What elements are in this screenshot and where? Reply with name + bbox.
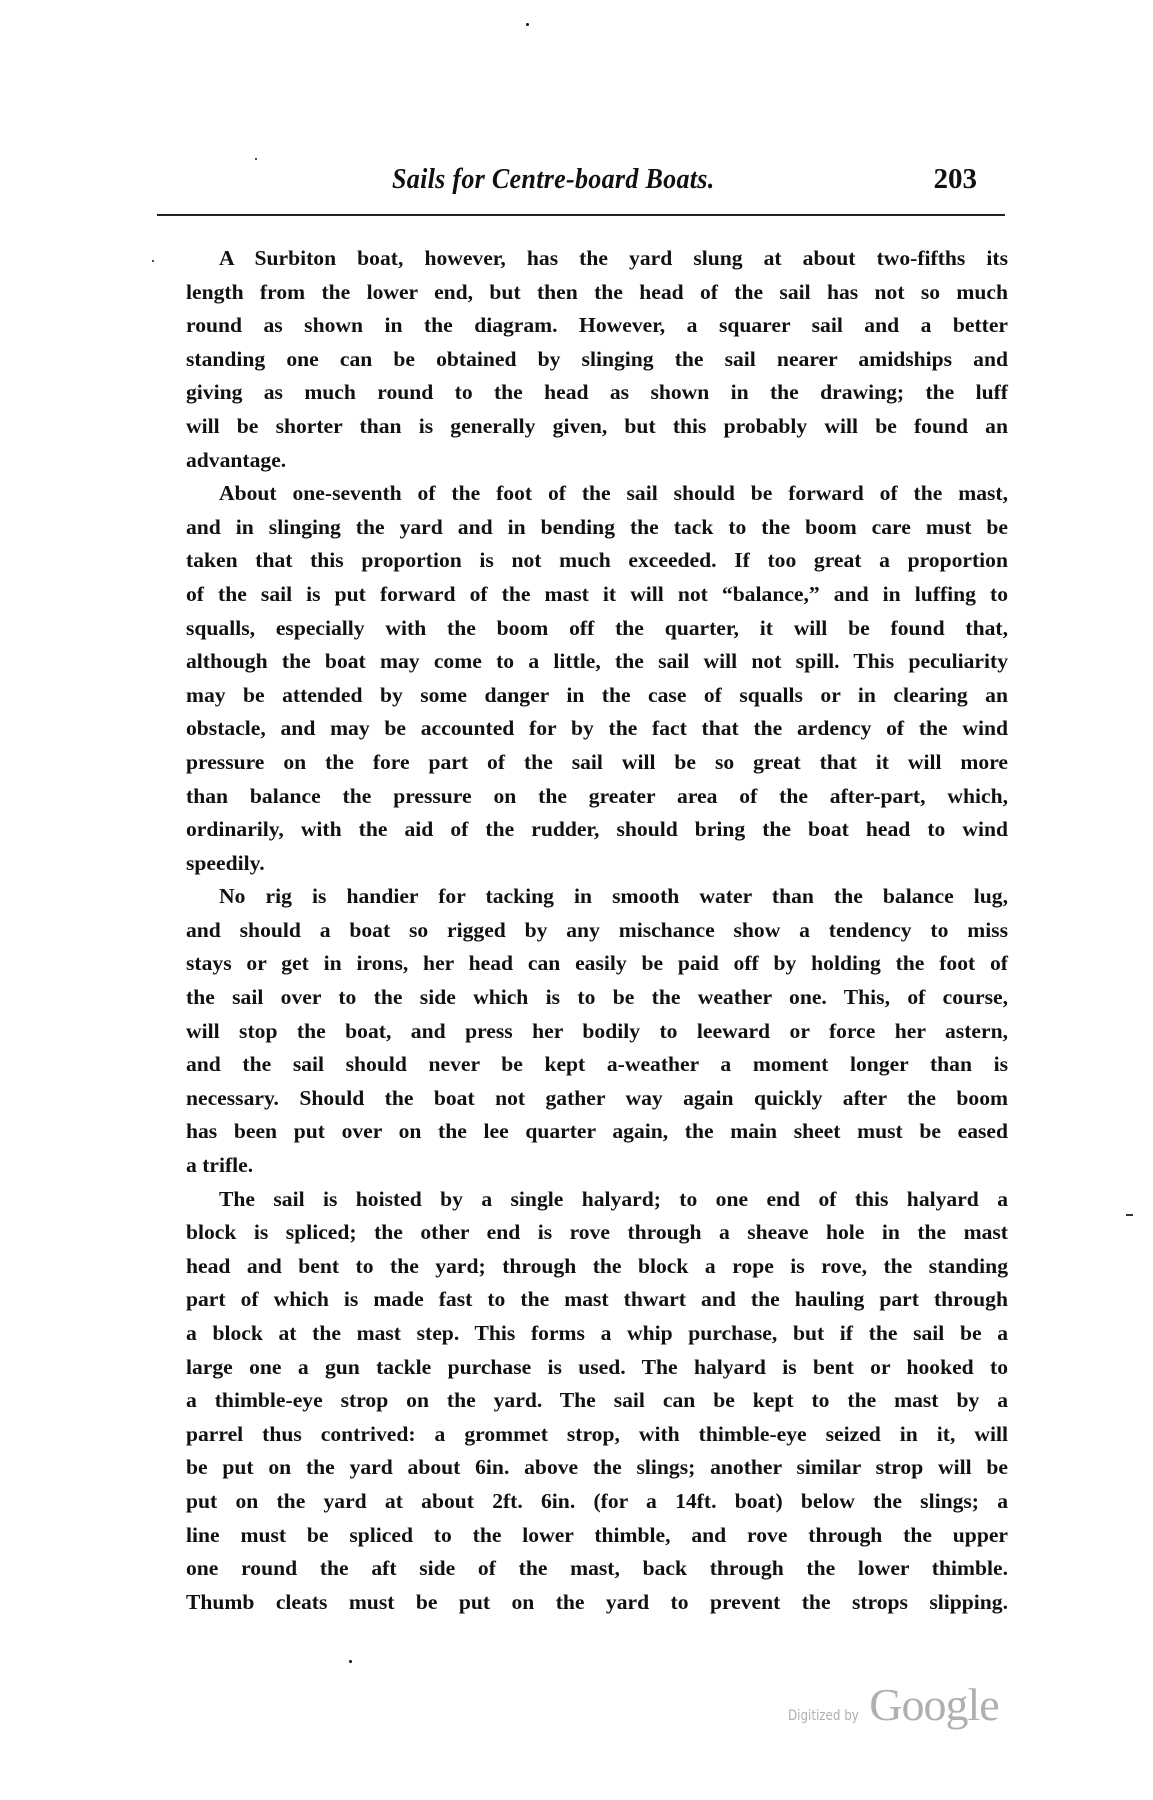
text-line: will stop the boat, and press her bodily… xyxy=(153,1015,1008,1049)
header-rule xyxy=(157,214,1005,216)
text-line: and should a boat so rigged by any misch… xyxy=(153,914,1008,948)
text-line: speedily. xyxy=(153,847,1008,881)
scan-speck xyxy=(255,158,257,160)
text-line: length from the lower end, but then the … xyxy=(153,276,1008,310)
text-line: a trifle. xyxy=(153,1149,1008,1183)
scan-mark xyxy=(1126,1214,1133,1216)
paragraph: The sail is hoisted by a single halyard;… xyxy=(153,1183,1008,1620)
text-line: ordinarily, with the aid of the rudder, … xyxy=(153,813,1008,847)
scan-speck xyxy=(349,1660,352,1663)
text-line: A Surbiton boat, however, has the yard s… xyxy=(153,242,1008,276)
text-line: than balance the pressure on the greater… xyxy=(153,780,1008,814)
text-line: may be attended by some danger in the ca… xyxy=(153,679,1008,713)
text-line: put on the yard at about 2ft. 6in. (for … xyxy=(153,1485,1008,1519)
watermark-prefix: Digitized by xyxy=(788,1708,859,1724)
text-line: be put on the yard about 6in. above the … xyxy=(153,1451,1008,1485)
text-line: one round the aft side of the mast, back… xyxy=(153,1552,1008,1586)
running-title: Sails for Centre-board Boats. xyxy=(392,163,715,196)
text-line: necessary. Should the boat not gather wa… xyxy=(153,1082,1008,1116)
text-line: The sail is hoisted by a single halyard;… xyxy=(153,1183,1008,1217)
text-line: although the boat may come to a little, … xyxy=(153,645,1008,679)
text-line: part of which is made fast to the mast t… xyxy=(153,1283,1008,1317)
paragraph: A Surbiton boat, however, has the yard s… xyxy=(153,242,1008,477)
text-line: head and bent to the yard; through the b… xyxy=(153,1250,1008,1284)
running-header: Sails for Centre-board Boats. 203 xyxy=(220,163,1007,203)
text-line: advantage. xyxy=(153,444,1008,478)
text-line: a block at the mast step. This forms a w… xyxy=(153,1317,1008,1351)
text-line: the sail over to the side which is to be… xyxy=(153,981,1008,1015)
text-line: and the sail should never be kept a-weat… xyxy=(153,1048,1008,1082)
paragraph: No rig is handier for tacking in smooth … xyxy=(153,880,1008,1182)
text-line: Thumb cleats must be put on the yard to … xyxy=(153,1586,1008,1620)
text-line: a thimble-eye strop on the yard. The sai… xyxy=(153,1384,1008,1418)
paragraph: About one-seventh of the foot of the sai… xyxy=(153,477,1008,880)
text-line: has been put over on the lee quarter aga… xyxy=(153,1115,1008,1149)
text-line: giving as much round to the head as show… xyxy=(153,376,1008,410)
text-line: parrel thus contrived: a grommet strop, … xyxy=(153,1418,1008,1452)
text-line: of the sail is put forward of the mast i… xyxy=(153,578,1008,612)
text-line: line must be spliced to the lower thimbl… xyxy=(153,1519,1008,1553)
text-line: will be shorter than is generally given,… xyxy=(153,410,1008,444)
google-logo-text: Google xyxy=(869,1679,998,1730)
body-text: A Surbiton boat, however, has the yard s… xyxy=(153,242,1008,1619)
text-line: stays or get in irons, her head can easi… xyxy=(153,947,1008,981)
digitized-by-google-watermark: Digitized by Google xyxy=(788,1678,999,1731)
text-line: and in slinging the yard and in bending … xyxy=(153,511,1008,545)
text-line: round as shown in the diagram. However, … xyxy=(153,309,1008,343)
text-line: obstacle, and may be accounted for by th… xyxy=(153,712,1008,746)
scan-speck xyxy=(526,23,529,26)
text-line: pressure on the fore part of the sail wi… xyxy=(153,746,1008,780)
text-line: taken that this proportion is not much e… xyxy=(153,544,1008,578)
page-number: 203 xyxy=(934,163,978,196)
text-line: No rig is handier for tacking in smooth … xyxy=(153,880,1008,914)
text-line: standing one can be obtained by slinging… xyxy=(153,343,1008,377)
text-line: large one a gun tackle purchase is used.… xyxy=(153,1351,1008,1385)
text-line: squalls, especially with the boom off th… xyxy=(153,612,1008,646)
text-line: block is spliced; the other end is rove … xyxy=(153,1216,1008,1250)
text-line: About one-seventh of the foot of the sai… xyxy=(153,477,1008,511)
